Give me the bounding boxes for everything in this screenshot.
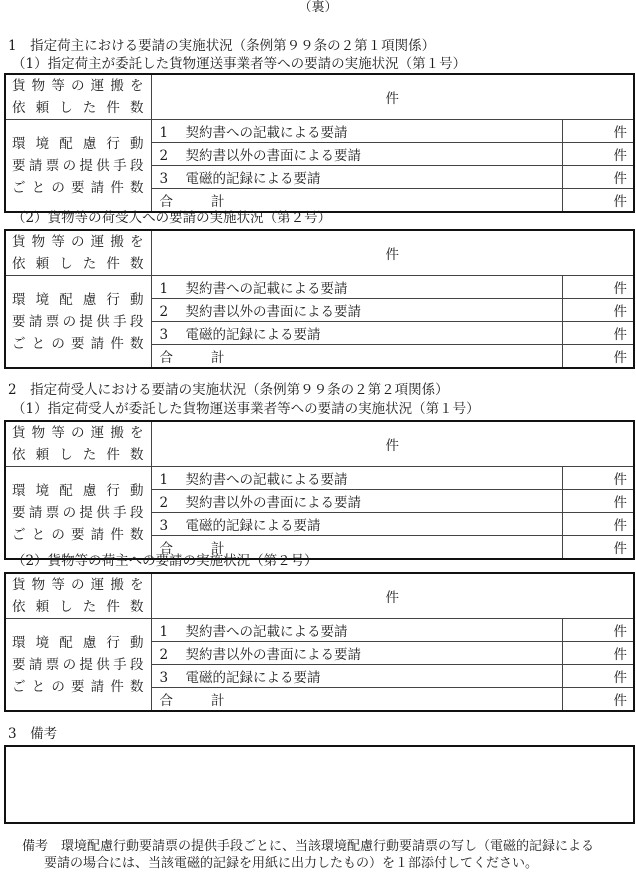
- shipments-requested-label: 貨物等の運搬を 依頼した件数: [5, 421, 151, 467]
- method-electronic-label: 3電磁的記録による要請: [151, 513, 562, 536]
- shipments-requested-input[interactable]: 件: [151, 74, 634, 120]
- section-2-table-2: 貨物等の運搬を 依頼した件数 件 環境配慮行動 要請票の提供手段 ごとの要請件数…: [4, 572, 635, 712]
- method-other-document-input[interactable]: 件: [562, 642, 634, 665]
- method-contract-input[interactable]: 件: [562, 276, 634, 299]
- method-contract-input[interactable]: 件: [562, 619, 634, 642]
- requests-by-method-label: 環境配慮行動 要請票の提供手段 ごとの要請件数: [5, 467, 151, 560]
- shipments-requested-input[interactable]: 件: [151, 573, 634, 619]
- method-electronic-input[interactable]: 件: [562, 166, 634, 189]
- section-1-table-2: 貨物等の運搬を 依頼した件数 件 環境配慮行動 要請票の提供手段 ごとの要請件数…: [4, 229, 635, 369]
- shipments-requested-label: 貨物等の運搬を 依頼した件数: [5, 74, 151, 120]
- shipments-requested-label: 貨物等の運搬を 依頼した件数: [5, 573, 151, 619]
- footnote-line-2: 要請の場合には、当該電磁的記録を用紙に出力したもの）を１部添付してください。: [22, 855, 632, 872]
- shipments-requested-label: 貨物等の運搬を 依頼した件数: [5, 230, 151, 276]
- section-2-table-2-caption: （2）貨物等の荷主への要請の実施状況（第２号）: [12, 552, 318, 570]
- method-electronic-label: 3電磁的記録による要請: [151, 166, 562, 189]
- footnote: 備考 環境配慮行動要請票の提供手段ごとに、当該環境配慮行動要請票の写し（電磁的記…: [22, 838, 632, 872]
- total-label: 合計: [151, 688, 562, 712]
- requests-by-method-label: 環境配慮行動 要請票の提供手段 ごとの要請件数: [5, 276, 151, 369]
- method-electronic-input[interactable]: 件: [562, 665, 634, 688]
- total-input[interactable]: 件: [562, 345, 634, 369]
- method-other-document-label: 2契約書以外の書面による要請: [151, 642, 562, 665]
- section-1-table-2-caption: （2）貨物等の荷受人への要請の実施状況（第２号）: [12, 209, 331, 227]
- method-contract-input[interactable]: 件: [562, 467, 634, 490]
- footnote-line-1: 備考 環境配慮行動要請票の提供手段ごとに、当該環境配慮行動要請票の写し（電磁的記…: [22, 839, 594, 854]
- method-contract-input[interactable]: 件: [562, 120, 634, 143]
- page-title: （裏）: [0, 0, 636, 16]
- section-2-table-1-caption: （1）指定荷受人が委託した貨物運送事業者等への要請の実施状況（第１号）: [12, 400, 480, 418]
- section-2-table-1: 貨物等の運搬を 依頼した件数 件 環境配慮行動 要請票の提供手段 ごとの要請件数…: [4, 420, 635, 560]
- section-1-title: 1 指定荷主における要請の実施状況（条例第９９条の２第１項関係）: [8, 37, 435, 55]
- requests-by-method-label: 環境配慮行動 要請票の提供手段 ごとの要請件数: [5, 619, 151, 712]
- method-other-document-label: 2契約書以外の書面による要請: [151, 490, 562, 513]
- method-contract-label: 1契約書への記載による要請: [151, 467, 562, 490]
- method-contract-label: 1契約書への記載による要請: [151, 276, 562, 299]
- method-electronic-input[interactable]: 件: [562, 513, 634, 536]
- total-input[interactable]: 件: [562, 688, 634, 712]
- method-contract-label: 1契約書への記載による要請: [151, 120, 562, 143]
- method-electronic-label: 3電磁的記録による要請: [151, 665, 562, 688]
- remarks-textarea[interactable]: [4, 745, 635, 824]
- method-electronic-input[interactable]: 件: [562, 322, 634, 345]
- method-other-document-label: 2契約書以外の書面による要請: [151, 143, 562, 166]
- method-other-document-input[interactable]: 件: [562, 299, 634, 322]
- method-other-document-label: 2契約書以外の書面による要請: [151, 299, 562, 322]
- method-contract-label: 1契約書への記載による要請: [151, 619, 562, 642]
- total-input[interactable]: 件: [562, 536, 634, 560]
- total-input[interactable]: 件: [562, 189, 634, 213]
- section-2-title: 2 指定荷受人における要請の実施状況（条例第９９条の２第２項関係）: [8, 381, 449, 399]
- method-other-document-input[interactable]: 件: [562, 143, 634, 166]
- method-electronic-label: 3電磁的記録による要請: [151, 322, 562, 345]
- remarks-title: 3 備考: [8, 725, 57, 743]
- requests-by-method-label: 環境配慮行動 要請票の提供手段 ごとの要請件数: [5, 120, 151, 213]
- section-1-table-1: 貨物等の運搬を 依頼した件数 件 環境配慮行動 要請票の提供手段 ごとの要請件数…: [4, 73, 635, 213]
- method-other-document-input[interactable]: 件: [562, 490, 634, 513]
- shipments-requested-input[interactable]: 件: [151, 230, 634, 276]
- shipments-requested-input[interactable]: 件: [151, 421, 634, 467]
- total-label: 合計: [151, 345, 562, 369]
- section-1-table-1-caption: （1）指定荷主が委託した貨物運送事業者等への要請の実施状況（第１号）: [12, 55, 466, 73]
